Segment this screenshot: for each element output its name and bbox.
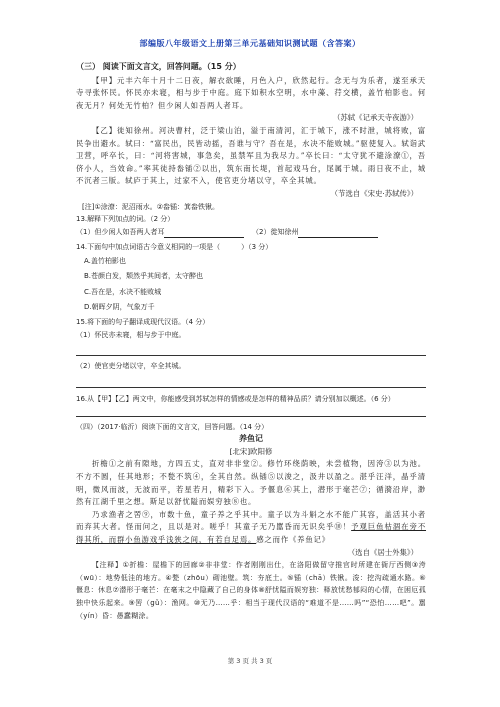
question-13-item-2: （2）徙知徐州 xyxy=(252,226,378,239)
section-4-heading: （四）（2017·临沂）阅读下面的文言文，回答问题。（14 分） xyxy=(76,421,426,434)
document-body: （三） 阅读下面文言文，回答问题。（15 分） 【甲】元丰六年十月十二日夜，解衣… xyxy=(76,61,426,622)
page-number: 第 3 页 共 3 页 xyxy=(0,656,500,665)
passage-yi: 【乙】徙知徐州。河决曹村，泛于梁山泊，溢于南清河，汇于城下，涨不时泄，城将败，富… xyxy=(76,125,426,188)
question-13-items: （1）但少闲人如吾两人者耳 （2）徙知徐州 xyxy=(76,226,426,239)
answer-blank[interactable] xyxy=(298,229,378,238)
passage-jia: 【甲】元丰六年十月十二日夜，解衣欲睡，月色入户，欣然起行。念无与为乐者，遂至承天… xyxy=(76,75,426,113)
document-page: 部编版八年级语文上册第三单元基础知识测试题（含答案） （三） 阅读下面文言文，回… xyxy=(0,0,500,707)
question-15-item-1: （1）怀民亦未寝，相与步于中庭。 xyxy=(76,329,426,342)
question-16: 16.从【甲】【乙】两文中，你能感受到苏轼怎样的情感或是怎样的精神品质？请分别加… xyxy=(76,392,426,406)
question-13-item-1: （1）但少闲人如吾两人者耳 xyxy=(76,226,252,239)
passage-title: 养鱼记 xyxy=(76,433,426,446)
question-14-option-c: C.吾在是，水决不能败城 xyxy=(76,285,426,301)
question-13: 13.解释下列加点的词。（2 分） xyxy=(76,213,426,226)
answer-line[interactable] xyxy=(76,373,426,388)
passage-source: （选自《居士外集》） xyxy=(76,547,426,560)
passage-yi-source: （节选自《宋史·苏轼传》） xyxy=(76,188,426,201)
question-14-option-b: B.苍颜白发，颓然乎其间者，太守醉也 xyxy=(76,269,426,285)
answer-line[interactable] xyxy=(76,406,426,417)
passage-author: [北宋]欧阳修 xyxy=(76,446,426,459)
answer-blank[interactable] xyxy=(164,229,244,238)
passage-jia-source: （苏轼《记承天寺夜游》） xyxy=(76,112,426,125)
question-14-option-d: D.朝晖夕阴，气象万千 xyxy=(76,300,426,316)
question-15: 15.将下面的句子翻译成现代汉语。（4 分） xyxy=(76,316,426,329)
question-14: 14.下面句中加点词语古今意义相同的一项是（ ）（3 分） xyxy=(76,241,426,254)
passage-notes: 【注释】①折檐：屋檐下的回廊②非非堂：作者刚刚出仕，在洛阳做留守推官时所建在衙厅… xyxy=(76,559,426,622)
section-3-heading: （三） 阅读下面文言文，回答问题。（15 分） xyxy=(76,61,426,74)
passage-paragraph-2: 乃求渔者之罟⑨，市数十鱼，童子养之乎其中。童子以为斗斛之水不能广其容，盖活其小者… xyxy=(76,509,426,547)
question-15-item-2: （2）使官吏分堵以守，卒全其城。 xyxy=(76,360,426,373)
question-14-option-a: A.盖竹柏影也 xyxy=(76,254,426,270)
answer-line[interactable] xyxy=(76,341,426,356)
section-3-note: [注]①涂潦：泥沼雨水。②畚锸：箕畚铁锹。 xyxy=(76,201,426,214)
passage-paragraph-1: 折檐①之前有隙地，方四五丈，直对非非堂②。修竹环绕荫映，未尝植物，因洿③以为池。… xyxy=(76,458,426,508)
document-title: 部编版八年级语文上册第三单元基础知识测试题（含答案） xyxy=(0,38,500,49)
